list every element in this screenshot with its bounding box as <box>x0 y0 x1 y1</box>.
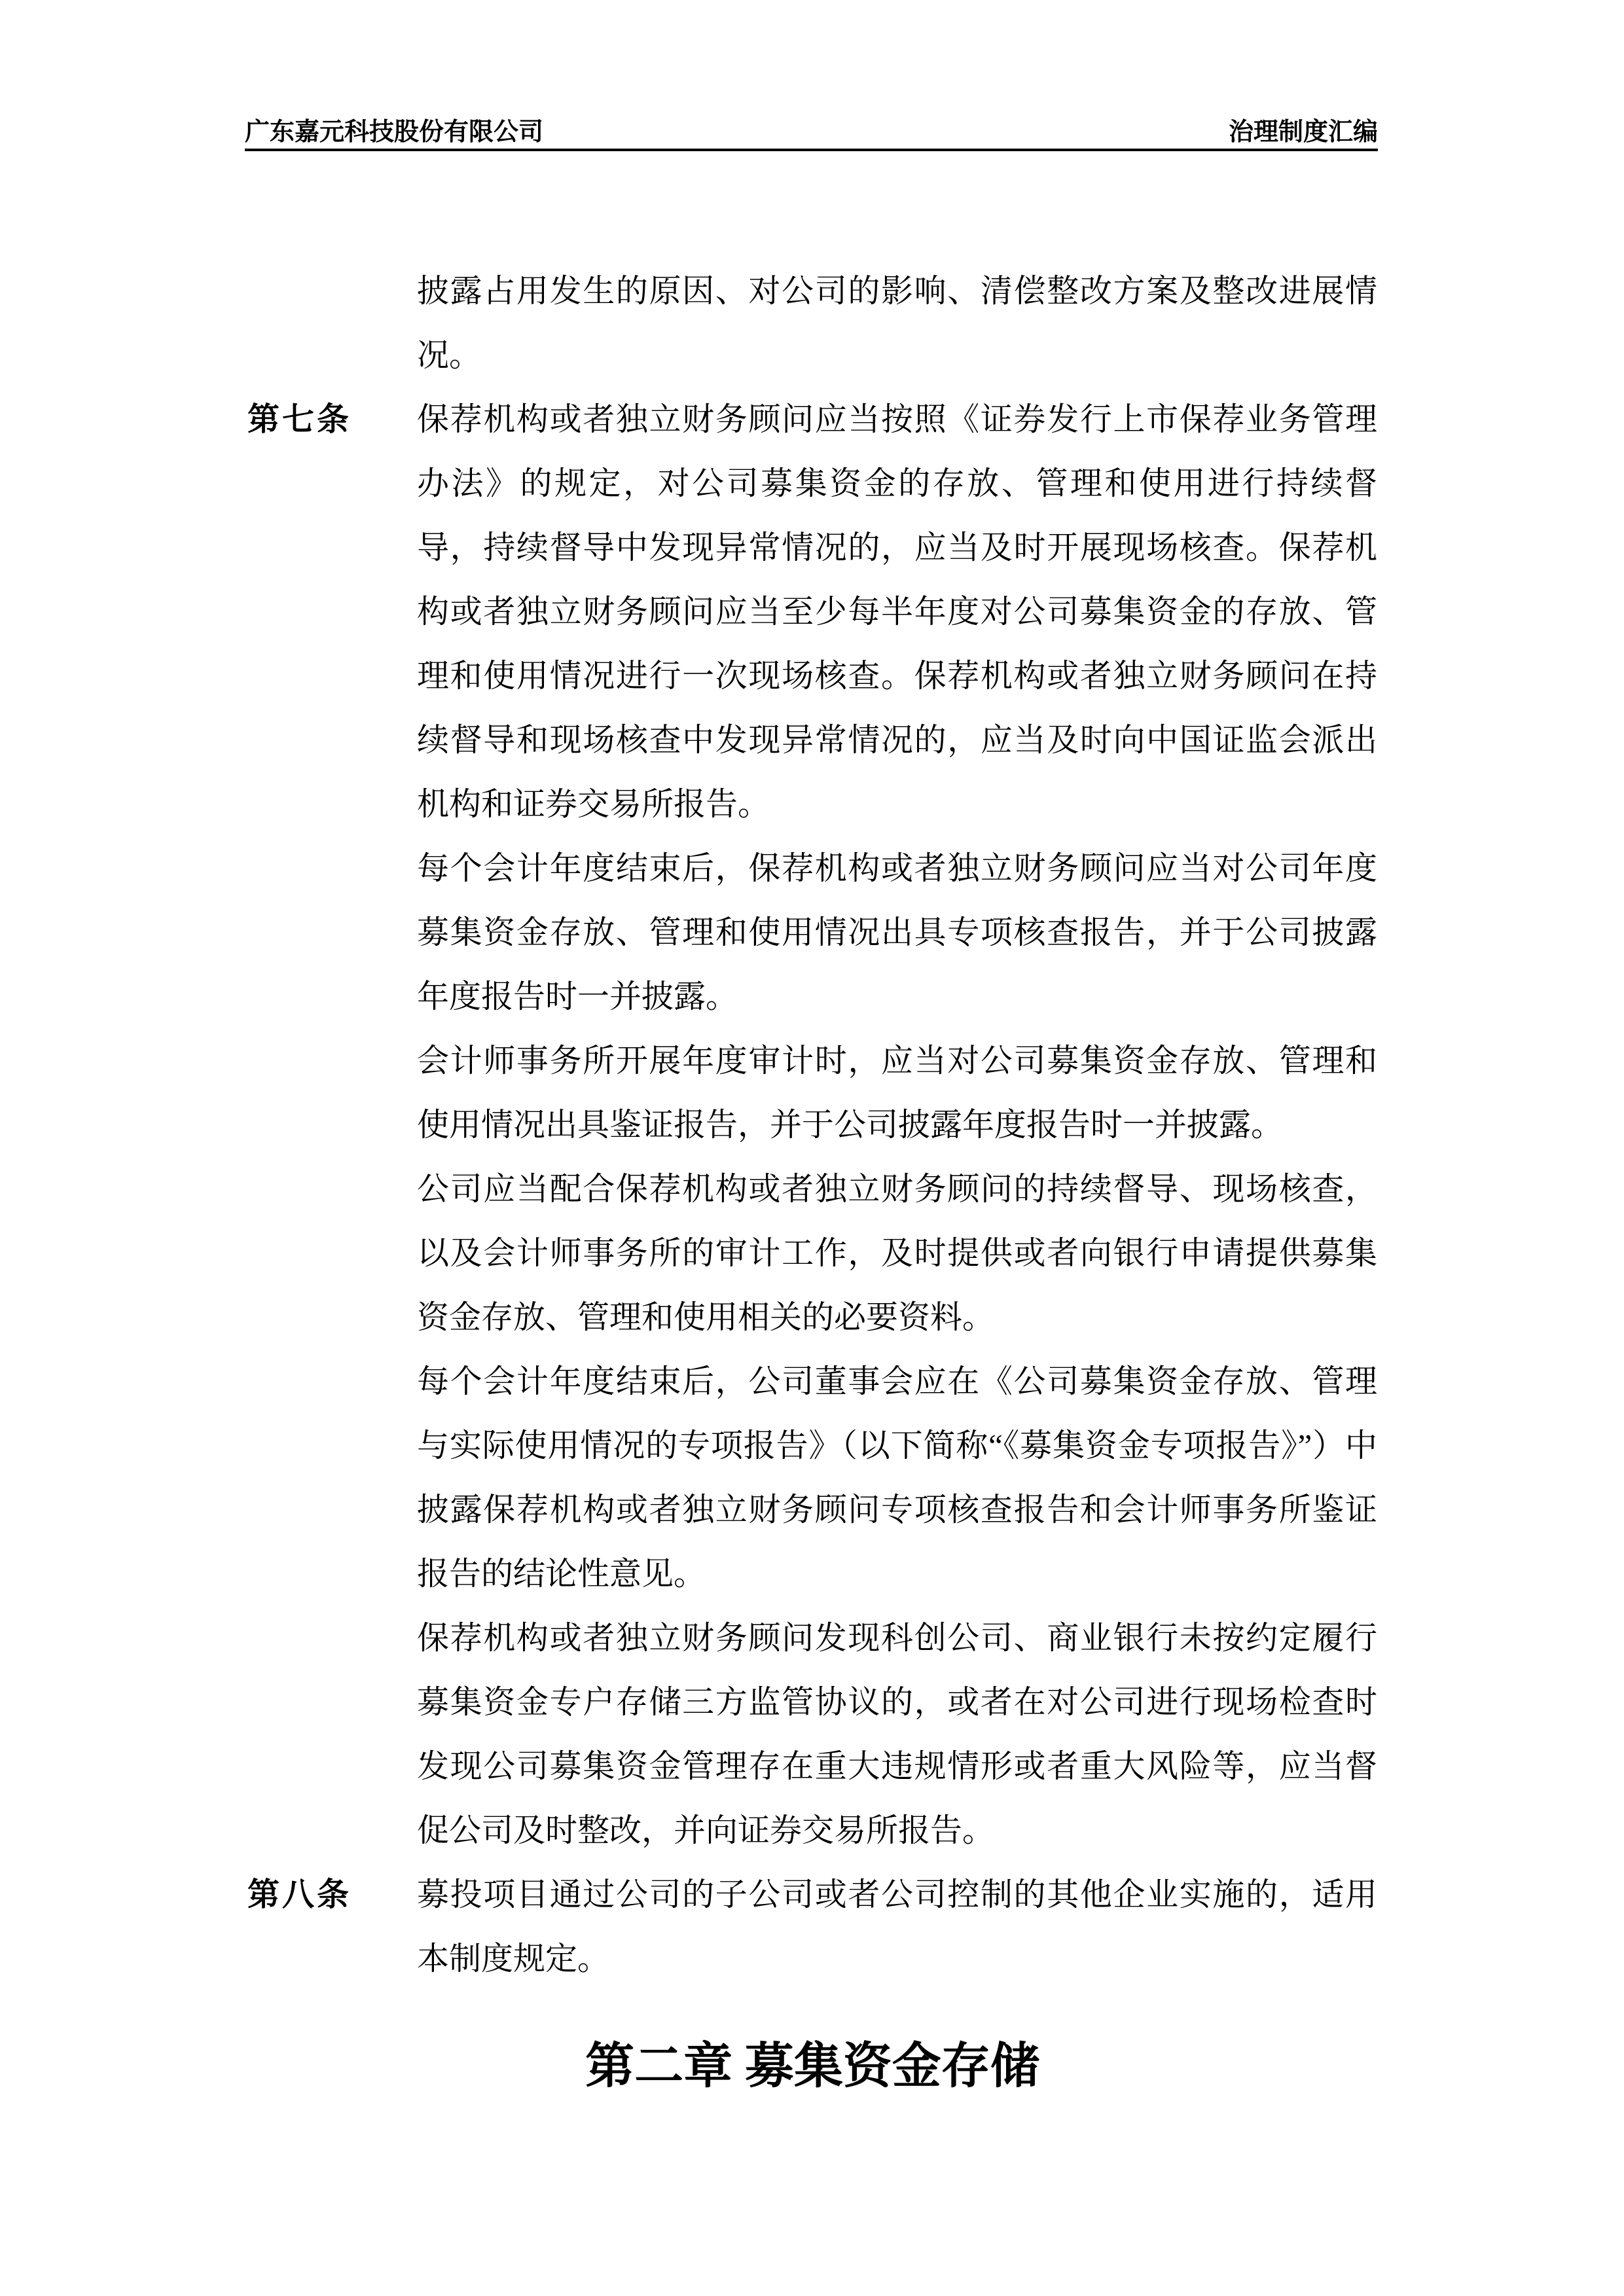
document-page: 广东嘉元科技股份有限公司 治理制度汇编 披露占用发生的原因、对公司的影响、清偿整… <box>0 0 1624 2296</box>
article-paragraph: 披露占用发生的原因、对公司的影响、清偿整改方案及整改进展情况。 <box>417 259 1377 387</box>
article-content: 募投项目通过公司的子公司或者公司控制的其他企业实施的，适用本制度规定。 <box>417 1863 1377 1991</box>
article-paragraph: 保荐机构或者独立财务顾问发现科创公司、商业银行未按约定履行募集资金专户存储三方监… <box>417 1606 1377 1863</box>
article-content: 保荐机构或者独立财务顾问应当按照《证券发行上市保荐业务管理办法》的规定，对公司募… <box>417 387 1377 1863</box>
article-content: 披露占用发生的原因、对公司的影响、清偿整改方案及整改进展情况。 <box>417 259 1377 387</box>
article: 第七条保荐机构或者独立财务顾问应当按照《证券发行上市保荐业务管理办法》的规定，对… <box>247 387 1377 1863</box>
document-body: 披露占用发生的原因、对公司的影响、清偿整改方案及整改进展情况。第七条保荐机构或者… <box>247 259 1377 2104</box>
header-doc-title: 治理制度汇编 <box>1229 118 1378 146</box>
article: 披露占用发生的原因、对公司的影响、清偿整改方案及整改进展情况。 <box>247 259 1377 387</box>
article-paragraph: 会计师事务所开展年度审计时，应当对公司募集资金存放、管理和使用情况出具鉴证报告，… <box>417 1029 1377 1157</box>
article-paragraph: 每个会计年度结束后，保荐机构或者独立财务顾问应当对公司年度募集资金存放、管理和使… <box>417 836 1377 1029</box>
article-paragraph: 募投项目通过公司的子公司或者公司控制的其他企业实施的，适用本制度规定。 <box>417 1863 1377 1991</box>
article-list: 披露占用发生的原因、对公司的影响、清偿整改方案及整改进展情况。第七条保荐机构或者… <box>247 259 1377 1991</box>
article-paragraph: 保荐机构或者独立财务顾问应当按照《证券发行上市保荐业务管理办法》的规定，对公司募… <box>417 387 1377 836</box>
header-company-name: 广东嘉元科技股份有限公司 <box>245 118 543 146</box>
page-header: 广东嘉元科技股份有限公司 治理制度汇编 <box>245 118 1378 151</box>
article-number-label: 第七条 <box>247 387 352 452</box>
article-paragraph: 公司应当配合保荐机构或者独立财务顾问的持续督导、现场核查，以及会计师事务所的审计… <box>417 1157 1377 1350</box>
chapter-heading: 第二章 募集资金存储 <box>247 2030 1377 2104</box>
article: 第八条募投项目通过公司的子公司或者公司控制的其他企业实施的，适用本制度规定。 <box>247 1863 1377 1991</box>
article-paragraph: 每个会计年度结束后，公司董事会应在《公司募集资金存放、管理与实际使用情况的专项报… <box>417 1350 1377 1606</box>
article-number-label: 第八条 <box>247 1863 352 1927</box>
